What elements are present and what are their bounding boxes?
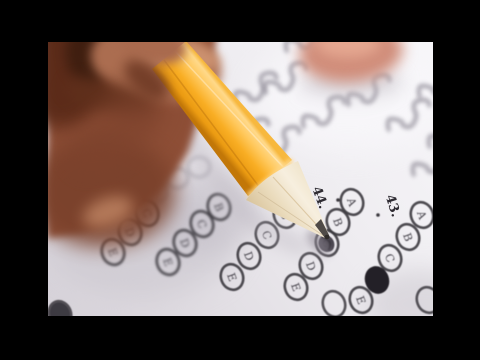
stray-dot — [376, 213, 380, 217]
stray-dot — [336, 198, 340, 202]
fingertip-top-right — [297, 42, 406, 96]
photo-region: Close-up photo of a hand filling in answ… — [48, 42, 433, 316]
graphite-point — [324, 235, 329, 239]
photo-scene: Close-up photo of a hand filling in answ… — [48, 42, 433, 316]
letterbox-frame: Close-up photo of a hand filling in answ… — [0, 0, 480, 360]
